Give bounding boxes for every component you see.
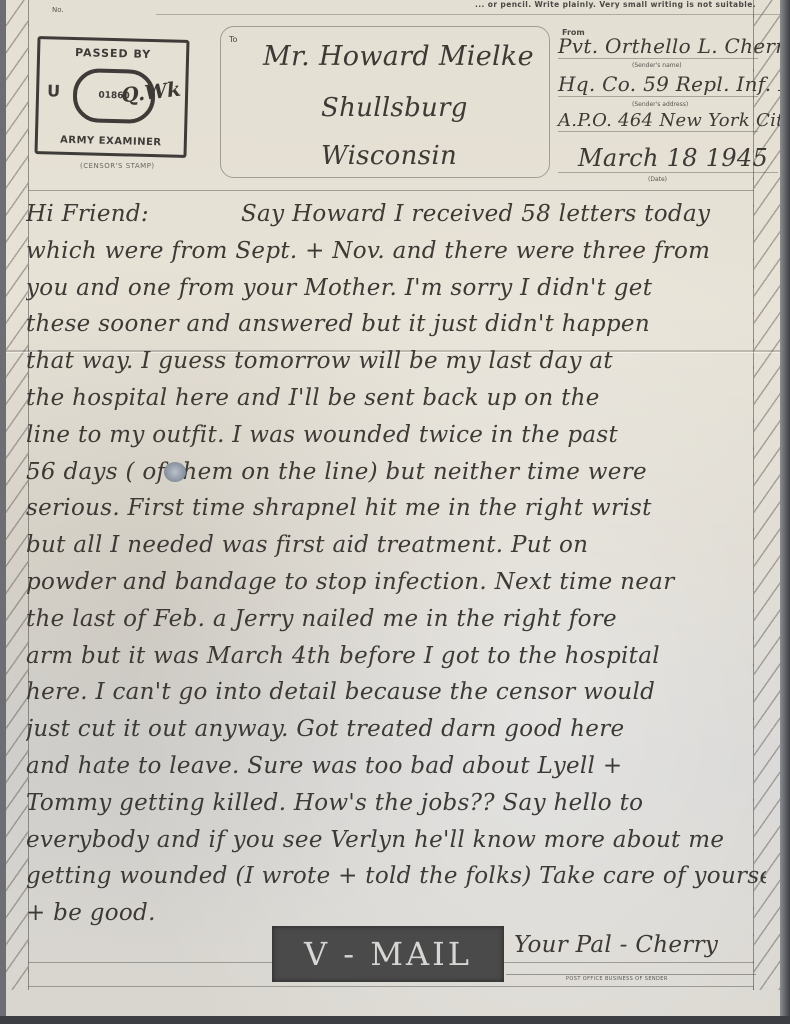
sender-address-line2: A.P.O. 464 New York City	[558, 110, 758, 132]
photo-edge-shadow	[780, 0, 790, 1024]
sender-address-line1: Hq. Co. 59 Repl. Inf. Bn.	[558, 72, 758, 97]
letter-line: powder and bandage to stop infection. Ne…	[26, 564, 766, 601]
letter-line: these sooner and answered but it just di…	[26, 306, 766, 343]
sender-block: From Pvt. Orthello L. Cherry (Sender's n…	[552, 22, 758, 182]
letter-line: 56 days ( of them on the line) but neith…	[26, 454, 766, 491]
letter-line: line to my outfit. I was wounded twice i…	[26, 417, 766, 454]
censor-stamp-letter: U	[47, 81, 60, 100]
photo-bottom-edge	[0, 1016, 790, 1024]
letter-date: March 18 1945	[558, 144, 778, 173]
signature-rule	[506, 974, 756, 975]
paper-blemish	[164, 462, 186, 482]
bottom-divider-lower	[28, 986, 754, 987]
letter-line: getting wounded (I wrote + told the folk…	[26, 858, 766, 895]
form-instructions: ... or pencil. Write plainly. Very small…	[156, 0, 780, 15]
letter-line: and hate to leave. Sure was too bad abou…	[26, 748, 766, 785]
letter-line: that way. I guess tomorrow will be my la…	[26, 343, 766, 380]
letter-line: the last of Feb. a Jerry nailed me in th…	[26, 601, 766, 638]
date-caption: (Date)	[648, 176, 667, 183]
censor-stamp-top: PASSED BY	[40, 45, 186, 62]
censor-stamp: PASSED BY U 01860 Q.Wk ARMY EXAMINER	[34, 36, 189, 158]
letter-line: which were from Sept. + Nov. and there w…	[26, 233, 766, 270]
letter-body: Hi Friend:Say Howard I received 58 lette…	[26, 196, 766, 932]
header-divider	[28, 190, 754, 191]
letter-line: just cut it out anyway. Got treated darn…	[26, 711, 766, 748]
sender-address-caption: (Sender's address)	[632, 101, 688, 108]
signature-caption: POST OFFICE BUSINESS OF SENDER	[566, 976, 668, 982]
letter-line: you and one from your Mother. I'm sorry …	[26, 270, 766, 307]
recipient-state: Wisconsin	[321, 141, 457, 171]
letter-line: here. I can't go into detail because the…	[26, 674, 766, 711]
letter-line: serious. First time shrapnel hit me in t…	[26, 490, 766, 527]
recipient-address-box: To Mr. Howard Mielke Shullsburg Wisconsi…	[220, 26, 550, 178]
sender-name: Pvt. Orthello L. Cherry	[558, 34, 758, 59]
recipient-city: Shullsburg	[321, 93, 468, 123]
censor-stamp-bottom: ARMY EXAMINER	[38, 134, 184, 149]
letter-line: everybody and if you see Verlyn he'll kn…	[26, 822, 766, 859]
letter-line: arm but it was March 4th before I got to…	[26, 638, 766, 675]
letter-line: but all I needed was first aid treatment…	[26, 527, 766, 564]
vmail-letter-sheet: ... or pencil. Write plainly. Very small…	[6, 0, 780, 1016]
recipient-name: Mr. Howard Mielke	[263, 41, 534, 72]
to-label: To	[229, 35, 237, 44]
letter-line: the hospital here and I'll be sent back …	[26, 380, 766, 417]
salutation: Hi Friend:	[26, 196, 241, 233]
number-label: No.	[52, 6, 64, 14]
signature: Your Pal - Cherry	[514, 932, 718, 958]
sender-name-caption: (Sender's name)	[632, 62, 682, 69]
vmail-banner: V - MAIL	[272, 926, 504, 982]
censor-stamp-label: (CENSOR'S STAMP)	[80, 162, 155, 170]
letter-line: Hi Friend:Say Howard I received 58 lette…	[26, 196, 766, 233]
letter-line: Tommy getting killed. How's the jobs?? S…	[26, 785, 766, 822]
